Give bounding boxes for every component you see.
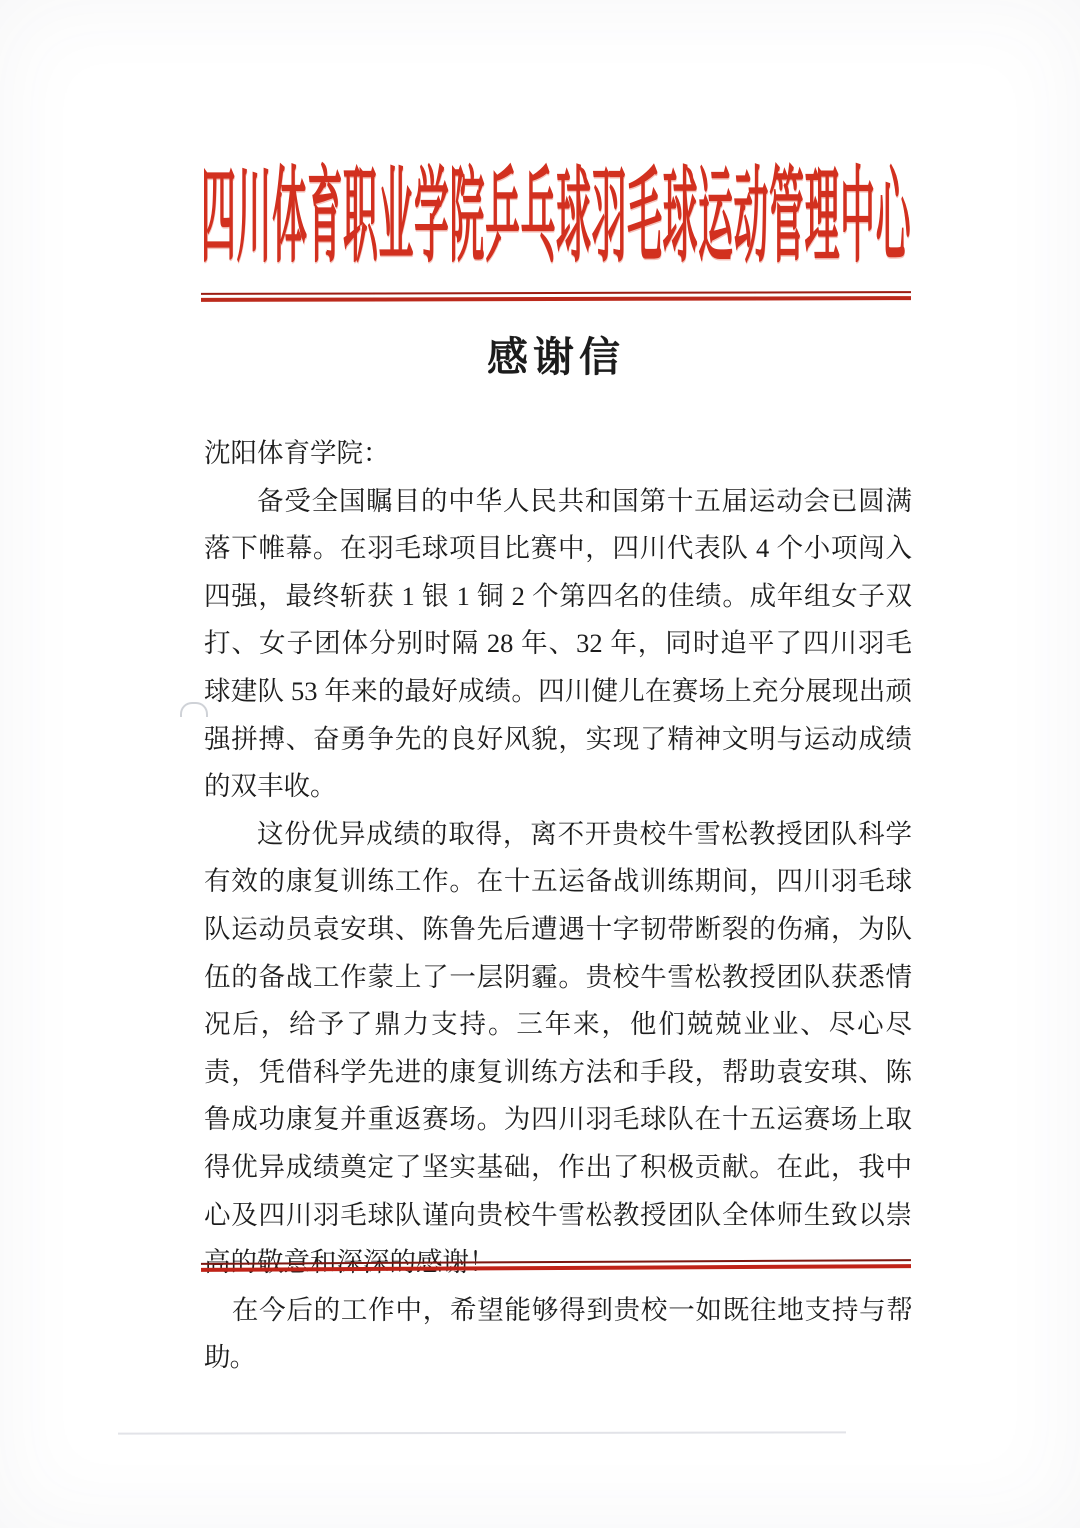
paper-edge-shadow	[118, 1431, 846, 1434]
body-paragraph-1: 备受全国瞩目的中华人民共和国第十五届运动会已圆满落下帷幕。在羽毛球项目比赛中，四…	[204, 478, 912, 811]
letterhead-double-rule	[201, 291, 911, 302]
body-paragraph-2: 这份优异成绩的取得，离不开贵校牛雪松教授团队科学有效的康复训练工作。在十五运备战…	[204, 811, 912, 1287]
salutation: 沈阳体育学院：	[204, 430, 912, 478]
scanned-letter-page: 四川体育职业学院乒乓球羽毛球运动管理中心 感谢信 沈阳体育学院： 备受全国瞩目的…	[0, 0, 1080, 1528]
scan-artifact-arc	[180, 702, 208, 717]
letterhead: 四川体育职业学院乒乓球羽毛球运动管理中心	[201, 158, 913, 282]
body-paragraph-3: 在今后的工作中，希望能够得到贵校一如既往地支持与帮助。	[204, 1287, 912, 1382]
letter-title: 感谢信	[201, 324, 911, 383]
letter-body: 沈阳体育学院： 备受全国瞩目的中华人民共和国第十五届运动会已圆满落下帷幕。在羽毛…	[204, 430, 912, 1382]
letterhead-org-name: 四川体育职业学院乒乓球羽毛球运动管理中心	[201, 158, 911, 278]
